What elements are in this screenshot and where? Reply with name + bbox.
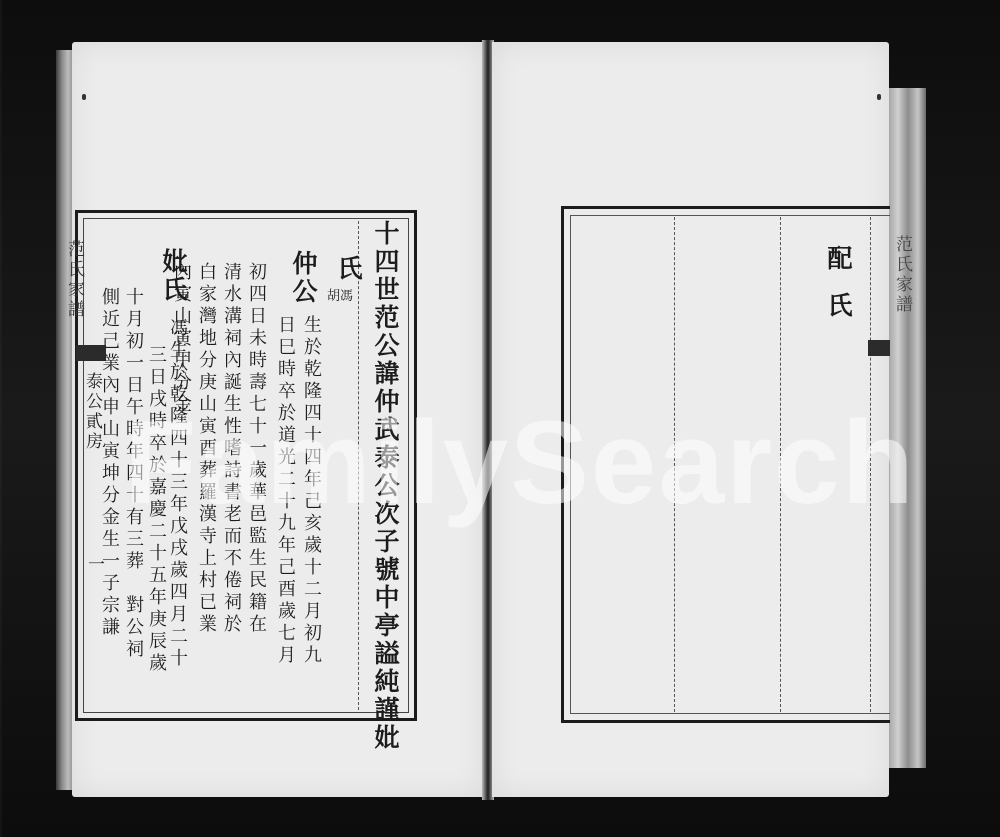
- heading-note: 氏: [330, 255, 366, 283]
- text-column-2: 初四日未時壽七十一歲華邑監生民籍在: [243, 262, 269, 636]
- name-zhonggong: 仲公: [285, 250, 321, 306]
- consort-heading: 配氏: [820, 245, 856, 339]
- page-hole: [82, 94, 86, 100]
- page-hole: [877, 94, 881, 100]
- text-column-9: 側近己業內申山寅坤分金生一子宗謙: [96, 287, 122, 639]
- birth-line: 生於乾隆四十四年己亥歲十二月初九: [298, 315, 324, 667]
- fishtail-mark: [76, 345, 106, 361]
- spine-title: 范氏家譜: [62, 240, 87, 320]
- name-bishi: 妣氏: [155, 248, 191, 304]
- right-spine-title: 范氏家譜: [890, 235, 915, 315]
- heading-note-sub: 胡馮: [327, 285, 353, 304]
- fishtail-mark: [868, 340, 890, 356]
- text-column-7: 三日戌時卒於嘉慶二十五年庚辰歲: [143, 345, 169, 675]
- right-page-edge: [886, 88, 926, 768]
- text-column-8: 十月初一日午時年四十有三葬 對公祠: [120, 287, 146, 661]
- branch-label: 泰公貳房: [80, 372, 105, 452]
- page-number: 一: [82, 555, 107, 575]
- text-column-1: 日巳時卒於道光二十九年己酉歲七月: [272, 315, 298, 667]
- column-rule: [358, 221, 359, 710]
- text-column-4: 白家灣地分庚山寅酉葬羅漢寺上村已業: [193, 262, 219, 636]
- column-rule: [870, 217, 871, 712]
- genealogy-heading: 十四世范公諱仲武泰公次子號中亭謚純謹妣: [367, 220, 403, 752]
- text-column-3: 清水溝祠內誕生性嗜詩書老而不倦祠於: [218, 262, 244, 636]
- column-rule: [674, 217, 675, 712]
- column-rule: [780, 217, 781, 712]
